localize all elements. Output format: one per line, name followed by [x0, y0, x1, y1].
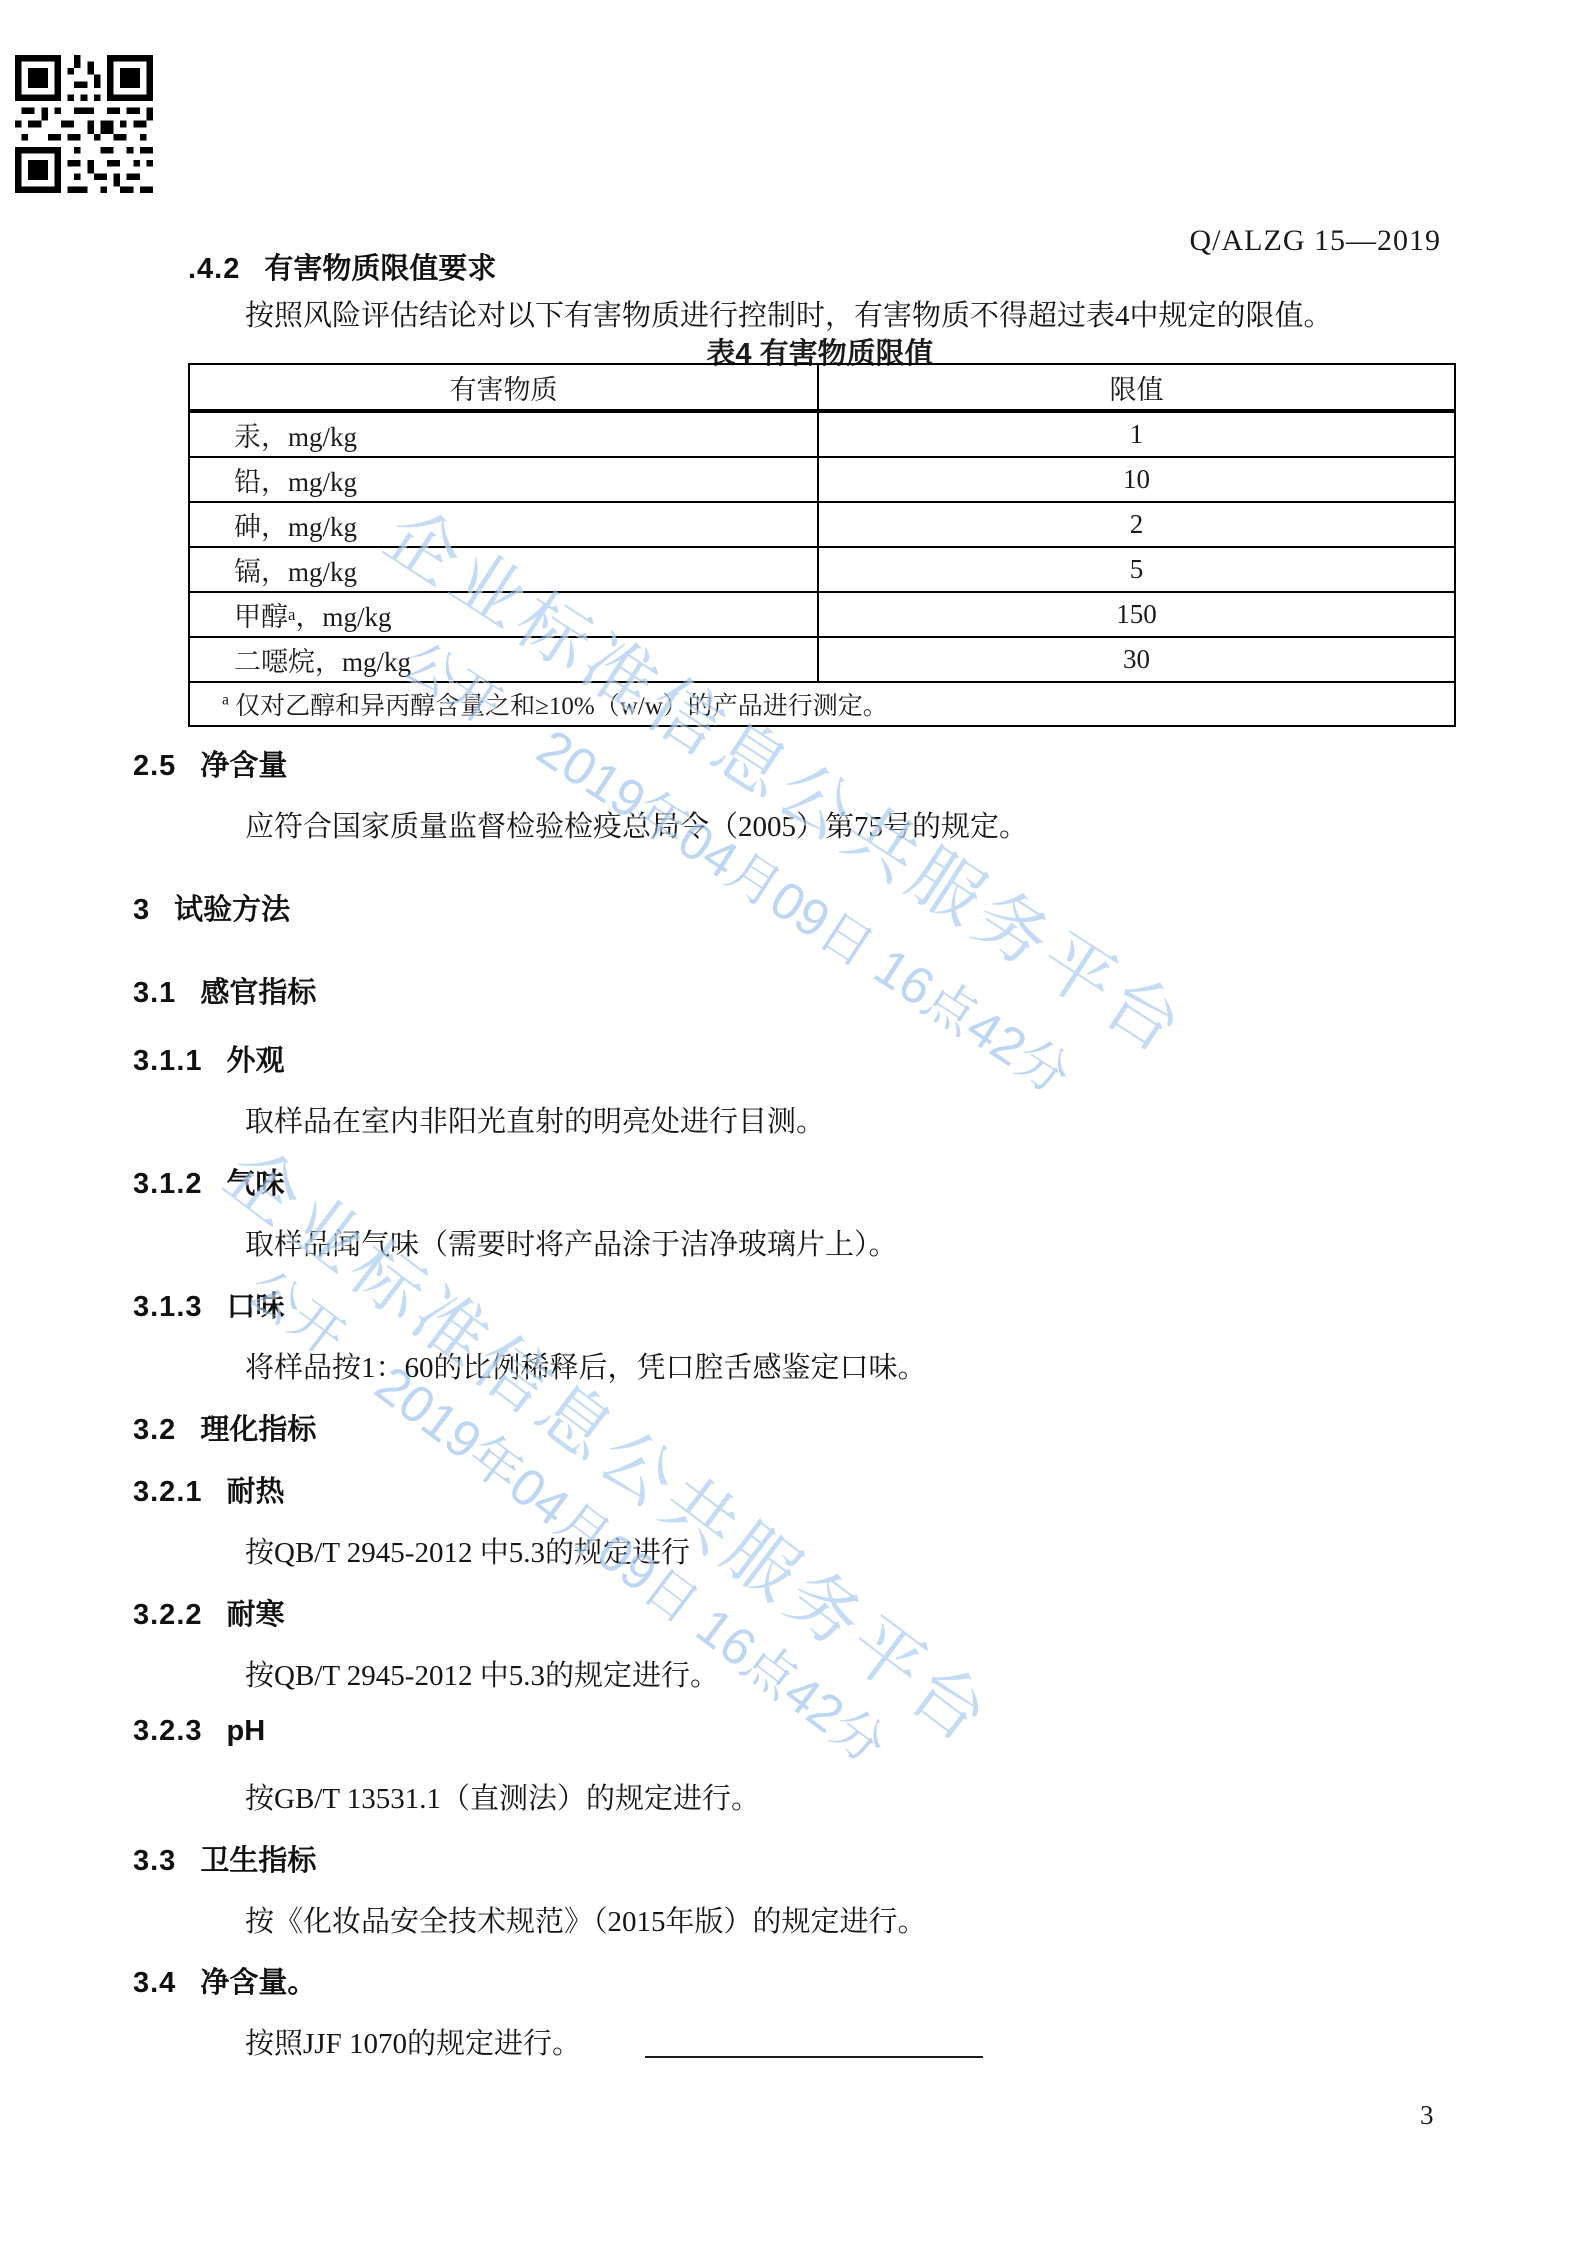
section-heading-2-4-2: .4.2有害物质限值要求 [188, 246, 496, 287]
table-row: 汞，mg/kg 1 [190, 410, 1454, 456]
paragraph-2-4-2: 按照风险评估结论对以下有害物质进行控制时，有害物质不得超过表4中规定的限值。 [245, 293, 1333, 334]
section-title: pH [227, 1715, 266, 1747]
section-number: 3.2 [133, 1414, 176, 1447]
section-title: 净含量。 [200, 1967, 316, 1999]
harmful-substances-table: 有害物质 限值 汞，mg/kg 1 铅，mg/kg 10 砷，mg/kg 2 镉… [188, 363, 1456, 727]
substance-name: 甲醇 [234, 595, 288, 634]
section-heading-3-2: 3.2理化指标 [133, 1407, 316, 1448]
column-header-substance: 有害物质 [190, 365, 819, 409]
table-row: 甲醇a，mg/kg 150 [190, 591, 1454, 636]
document-page: 企业标准信息公共服务平台 公开2019年04月09日 16点42分 企业标准信息… [0, 0, 1588, 2245]
substance-name: 二噁烷 [234, 640, 315, 679]
page-number: 3 [1420, 2100, 1434, 2131]
section-heading-3-1-2: 3.1.2气味 [133, 1161, 285, 1202]
section-heading-3-1-3: 3.1.3口味 [133, 1284, 285, 1325]
section-title: 有害物质限值要求 [264, 253, 496, 285]
section-heading-3-2-1: 3.2.1耐热 [133, 1469, 285, 1510]
limit-cell: 150 [819, 593, 1454, 636]
section-heading-3-3: 3.3卫生指标 [133, 1838, 316, 1879]
section-number: 3.2.3 [133, 1715, 203, 1748]
table-footnote: a 仅对乙醇和异丙醇含量之和≥10%（w/w）的产品进行测定。 [190, 681, 1454, 725]
substance-name: 镉 [234, 550, 261, 589]
substance-cell: 汞，mg/kg [190, 413, 819, 456]
section-title: 卫生指标 [200, 1845, 316, 1877]
paragraph-3-2-2: 按QB/T 2945-2012 中5.3的规定进行。 [245, 1653, 719, 1694]
substance-unit: ，mg/kg [261, 415, 357, 454]
qr-code [15, 55, 153, 193]
section-title: 理化指标 [200, 1414, 316, 1446]
paragraph-3-1-2: 取样品闻气味（需要时将产品涂于洁净玻璃片上）。 [245, 1222, 898, 1263]
section-title: 试验方法 [174, 894, 290, 926]
limit-cell: 1 [819, 413, 1454, 456]
section-number: .4.2 [188, 253, 240, 286]
section-heading-3-1: 3.1感官指标 [133, 970, 316, 1011]
paragraph-2-5: 应符合国家质量监督检验检疫总局令（2005）第75号的规定。 [245, 804, 1028, 845]
section-number: 3.2.2 [133, 1599, 203, 1632]
section-number: 3 [133, 894, 150, 927]
section-heading-3-4: 3.4净含量。 [133, 1960, 316, 2001]
paragraph-3-4: 按照JJF 1070的规定进行。 [245, 2021, 581, 2062]
limit-cell: 30 [819, 638, 1454, 681]
section-title: 净含量 [200, 750, 287, 782]
substance-name: 砷 [234, 505, 261, 544]
paragraph-3-3: 按《化妆品安全技术规范》（2015年版）的规定进行。 [245, 1899, 927, 1940]
section-title: 耐寒 [227, 1599, 285, 1631]
table-row: 铅，mg/kg 10 [190, 456, 1454, 501]
paragraph-3-2-3: 按GB/T 13531.1（直测法）的规定进行。 [245, 1776, 760, 1817]
substance-cell: 铅，mg/kg [190, 458, 819, 501]
section-number: 3.3 [133, 1845, 176, 1878]
column-header-limit: 限值 [819, 365, 1454, 409]
substance-unit: ，mg/kg [261, 550, 357, 589]
substance-unit: ，mg/kg [315, 640, 411, 679]
limit-cell: 10 [819, 458, 1454, 501]
section-title: 口味 [227, 1291, 285, 1323]
limit-cell: 2 [819, 503, 1454, 546]
section-heading-2-5: 2.5净含量 [133, 743, 287, 784]
section-number: 3.4 [133, 1967, 176, 2000]
substance-unit: ，mg/kg [261, 505, 357, 544]
footnote-text: 仅对乙醇和异丙醇含量之和≥10%（w/w）的产品进行测定。 [235, 693, 888, 720]
watermark-gap [487, 727, 534, 757]
table-header-row: 有害物质 限值 [190, 365, 1454, 410]
footnote-marker: a [222, 692, 229, 709]
paragraph-3-1-1: 取样品在室内非阳光直射的明亮处进行目测。 [245, 1099, 825, 1140]
substance-name: 汞 [234, 415, 261, 454]
section-heading-3-1-1: 3.1.1外观 [133, 1038, 285, 1079]
paragraph-3-1-3: 将样品按1：60的比例稀释后，凭口腔舌感鉴定口味。 [245, 1345, 927, 1386]
table-row: 砷，mg/kg 2 [190, 501, 1454, 546]
substance-cell: 砷，mg/kg [190, 503, 819, 546]
section-title: 气味 [227, 1168, 285, 1200]
table-row: 镉，mg/kg 5 [190, 546, 1454, 591]
section-title: 感官指标 [200, 977, 316, 1009]
section-title: 耐热 [227, 1476, 285, 1508]
section-number: 3.2.1 [133, 1476, 203, 1509]
section-heading-3-2-3: 3.2.3pH [133, 1715, 265, 1748]
section-number: 3.1 [133, 977, 176, 1010]
section-number: 3.1.2 [133, 1168, 203, 1201]
watermark-datetime: 2019年04月09日 16点42分 [527, 719, 1080, 1106]
section-number: 3.1.1 [133, 1045, 203, 1078]
substance-cell: 甲醇a，mg/kg [190, 593, 819, 636]
section-heading-3: 3试验方法 [133, 887, 290, 928]
section-number: 3.1.3 [133, 1291, 203, 1324]
substance-cell: 镉，mg/kg [190, 548, 819, 591]
substance-name: 铅 [234, 460, 261, 499]
section-number: 2.5 [133, 750, 176, 783]
substance-cell: 二噁烷，mg/kg [190, 638, 819, 681]
watermark-public-datetime: 公开2019年04月09日 16点42分 [235, 1248, 904, 1778]
limit-cell: 5 [819, 548, 1454, 591]
table-row: 二噁烷，mg/kg 30 [190, 636, 1454, 681]
substance-unit: ，mg/kg [261, 460, 357, 499]
paragraph-3-2-1: 按QB/T 2945-2012 中5.3的规定进行 [245, 1530, 690, 1571]
substance-unit: ，mg/kg [295, 595, 391, 634]
section-heading-3-2-2: 3.2.2耐寒 [133, 1592, 285, 1633]
horizontal-rule [645, 2056, 983, 2058]
section-title: 外观 [227, 1045, 285, 1077]
document-code: Q/ALZG 15—2019 [1190, 224, 1441, 258]
